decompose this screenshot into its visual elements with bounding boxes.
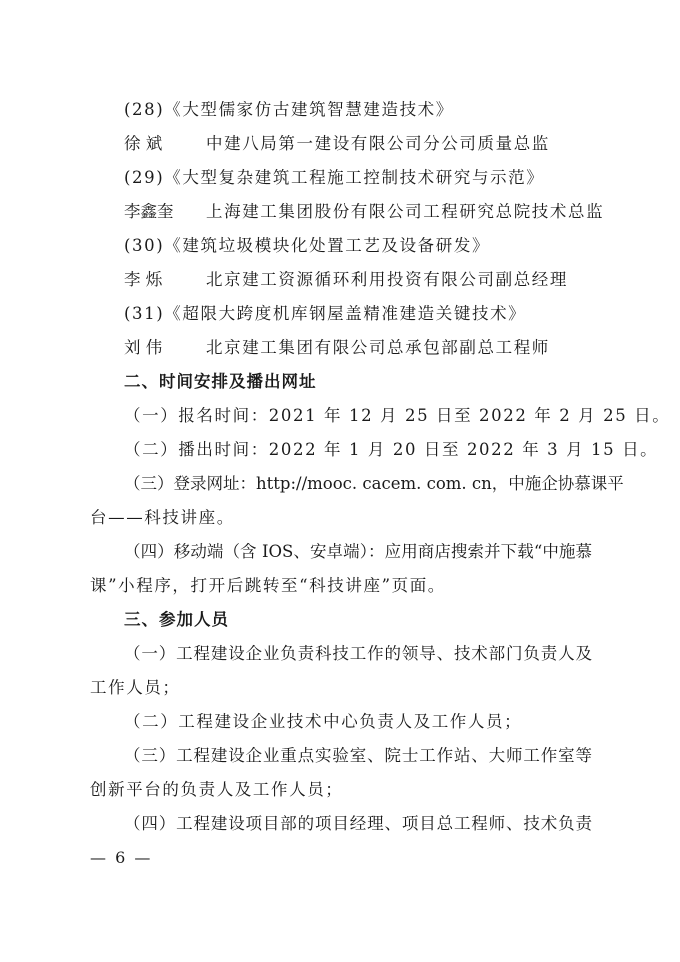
course-title-line: (29)《大型复杂建筑工程施工控制技术研究与示范》 xyxy=(124,166,592,190)
speaker-line: 李鑫奎上海建工集团股份有限公司工程研究总院技术总监 xyxy=(124,200,592,224)
paragraph-line: 创新平台的负责人及工作人员； xyxy=(90,778,592,802)
course-title: 《大型儒家仿古建筑智慧建造技术》 xyxy=(164,100,454,119)
paragraph-line: （三）工程建设企业重点实验室、院士工作站、大师工作室等 xyxy=(124,744,592,768)
section-heading: 三、参加人员 xyxy=(124,608,592,632)
paragraph-line: 工作人员； xyxy=(90,676,592,700)
speaker-name: 刘 伟 xyxy=(124,336,206,360)
paragraph-line: （二）播出时间：2022 年 1 月 20 日至 2022 年 3 月 15 日… xyxy=(124,438,592,462)
paragraph-line: （一）工程建设企业负责科技工作的领导、技术部门负责人及 xyxy=(124,642,592,666)
speaker-name: 徐 斌 xyxy=(124,132,206,156)
speaker-affiliation: 上海建工集团股份有限公司工程研究总院技术总监 xyxy=(206,200,604,224)
page-number: — 6 — xyxy=(90,846,152,870)
course-title-line: (30)《建筑垃圾模块化处置工艺及设备研发》 xyxy=(124,234,592,258)
course-title: 《建筑垃圾模块化处置工艺及设备研发》 xyxy=(164,236,490,255)
speaker-affiliation: 中建八局第一建设有限公司分公司质量总监 xyxy=(206,132,550,156)
course-number: (28) xyxy=(124,100,164,119)
paragraph-line: 台——科技讲座。 xyxy=(90,506,592,530)
speaker-name: 李 烁 xyxy=(124,268,206,292)
section-heading: 二、时间安排及播出网址 xyxy=(124,370,592,394)
speaker-line: 徐 斌中建八局第一建设有限公司分公司质量总监 xyxy=(124,132,592,156)
speaker-affiliation: 北京建工资源循环利用投资有限公司副总经理 xyxy=(206,268,568,292)
speaker-affiliation: 北京建工集团有限公司总承包部副总工程师 xyxy=(206,336,550,360)
course-number: (31) xyxy=(124,304,164,323)
paragraph-line: （四）工程建设项目部的项目经理、项目总工程师、技术负责 xyxy=(124,812,592,836)
paragraph-line: （三）登录网址：http://mooc. cacem. com. cn，中施企协… xyxy=(124,472,592,496)
paragraph-line: （四）移动端（含 IOS、安卓端）：应用商店搜索并下载“中施慕 xyxy=(124,540,592,564)
speaker-name: 李鑫奎 xyxy=(124,200,206,224)
paragraph-line: （二）工程建设企业技术中心负责人及工作人员； xyxy=(124,710,592,734)
course-title: 《超限大跨度机库钢屋盖精准建造关键技术》 xyxy=(164,304,526,323)
course-number: (30) xyxy=(124,236,164,255)
course-title-line: (31)《超限大跨度机库钢屋盖精准建造关键技术》 xyxy=(124,302,592,326)
paragraph-line: （一）报名时间：2021 年 12 月 25 日至 2022 年 2 月 25 … xyxy=(124,404,592,428)
paragraph-line: 课”小程序，打开后跳转至“科技讲座”页面。 xyxy=(90,574,592,598)
speaker-line: 李 烁北京建工资源循环利用投资有限公司副总经理 xyxy=(124,268,592,292)
speaker-line: 刘 伟北京建工集团有限公司总承包部副总工程师 xyxy=(124,336,592,360)
course-title: 《大型复杂建筑工程施工控制技术研究与示范》 xyxy=(164,168,544,187)
course-number: (29) xyxy=(124,168,164,187)
course-title-line: (28)《大型儒家仿古建筑智慧建造技术》 xyxy=(124,98,592,122)
